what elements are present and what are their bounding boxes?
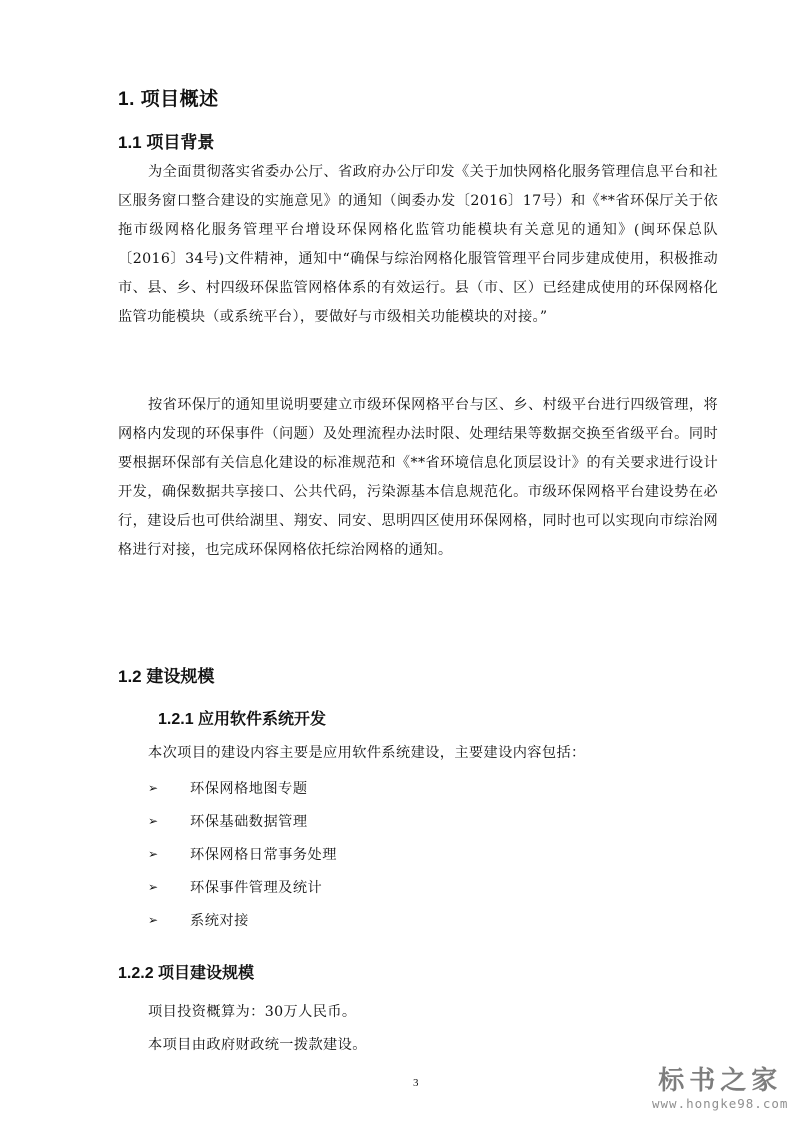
arrow-bullet-icon: ➢ [148, 913, 190, 927]
list-item-label: 环保基础数据管理 [190, 811, 308, 831]
software-intro-text: 本次项目的建设内容主要是应用软件系统建设，主要建设内容包括： [148, 742, 586, 762]
arrow-bullet-icon: ➢ [148, 880, 190, 894]
heading-1-2-2-project-scale: 1.2.2 项目建设规模 [118, 960, 254, 983]
list-item-label: 环保网格日常事务处理 [190, 844, 337, 864]
document-page: 1. 项目概述 1.1 项目背景 为全面贯彻落实省委办公厅、省政府办公厅印发《关… [0, 0, 793, 1122]
list-item-label: 系统对接 [190, 910, 249, 930]
paragraph-background-1: 为全面贯彻落实省委办公厅、省政府办公厅印发《关于加快网格化服务管理信息平台和社区… [118, 158, 718, 332]
list-item-label: 环保网格地图专题 [190, 778, 308, 798]
list-item: ➢环保网格地图专题 [148, 771, 337, 804]
heading-1-project-overview: 1. 项目概述 [118, 84, 219, 111]
arrow-bullet-icon: ➢ [148, 814, 190, 828]
page-number: 3 [413, 1077, 419, 1089]
list-item: ➢环保网格日常事务处理 [148, 837, 337, 870]
heading-1-2-1-software-development: 1.2.1 应用软件系统开发 [158, 706, 326, 729]
list-item: ➢环保基础数据管理 [148, 804, 337, 837]
arrow-bullet-icon: ➢ [148, 781, 190, 795]
funding-source-text: 本项目由政府财政统一拨款建设。 [148, 1034, 367, 1054]
watermark-logo: 标书之家 www.hongke98.com [652, 1066, 788, 1111]
list-item: ➢系统对接 [148, 903, 337, 936]
paragraph-background-2: 按省环保厅的通知里说明要建立市级环保网格平台与区、乡、村级平台进行四级管理，将网… [118, 391, 718, 565]
watermark-url: www.hongke98.com [652, 1096, 788, 1111]
heading-1-2-construction-scale: 1.2 建设规模 [118, 662, 214, 687]
list-item: ➢环保事件管理及统计 [148, 870, 337, 903]
arrow-bullet-icon: ➢ [148, 847, 190, 861]
heading-1-1-project-background: 1.1 项目背景 [118, 128, 214, 153]
construction-content-list: ➢环保网格地图专题 ➢环保基础数据管理 ➢环保网格日常事务处理 ➢环保事件管理及… [148, 771, 337, 936]
watermark-title: 标书之家 [652, 1066, 788, 1096]
list-item-label: 环保事件管理及统计 [190, 877, 322, 897]
investment-estimate-text: 项目投资概算为：30万人民币。 [148, 1001, 357, 1021]
